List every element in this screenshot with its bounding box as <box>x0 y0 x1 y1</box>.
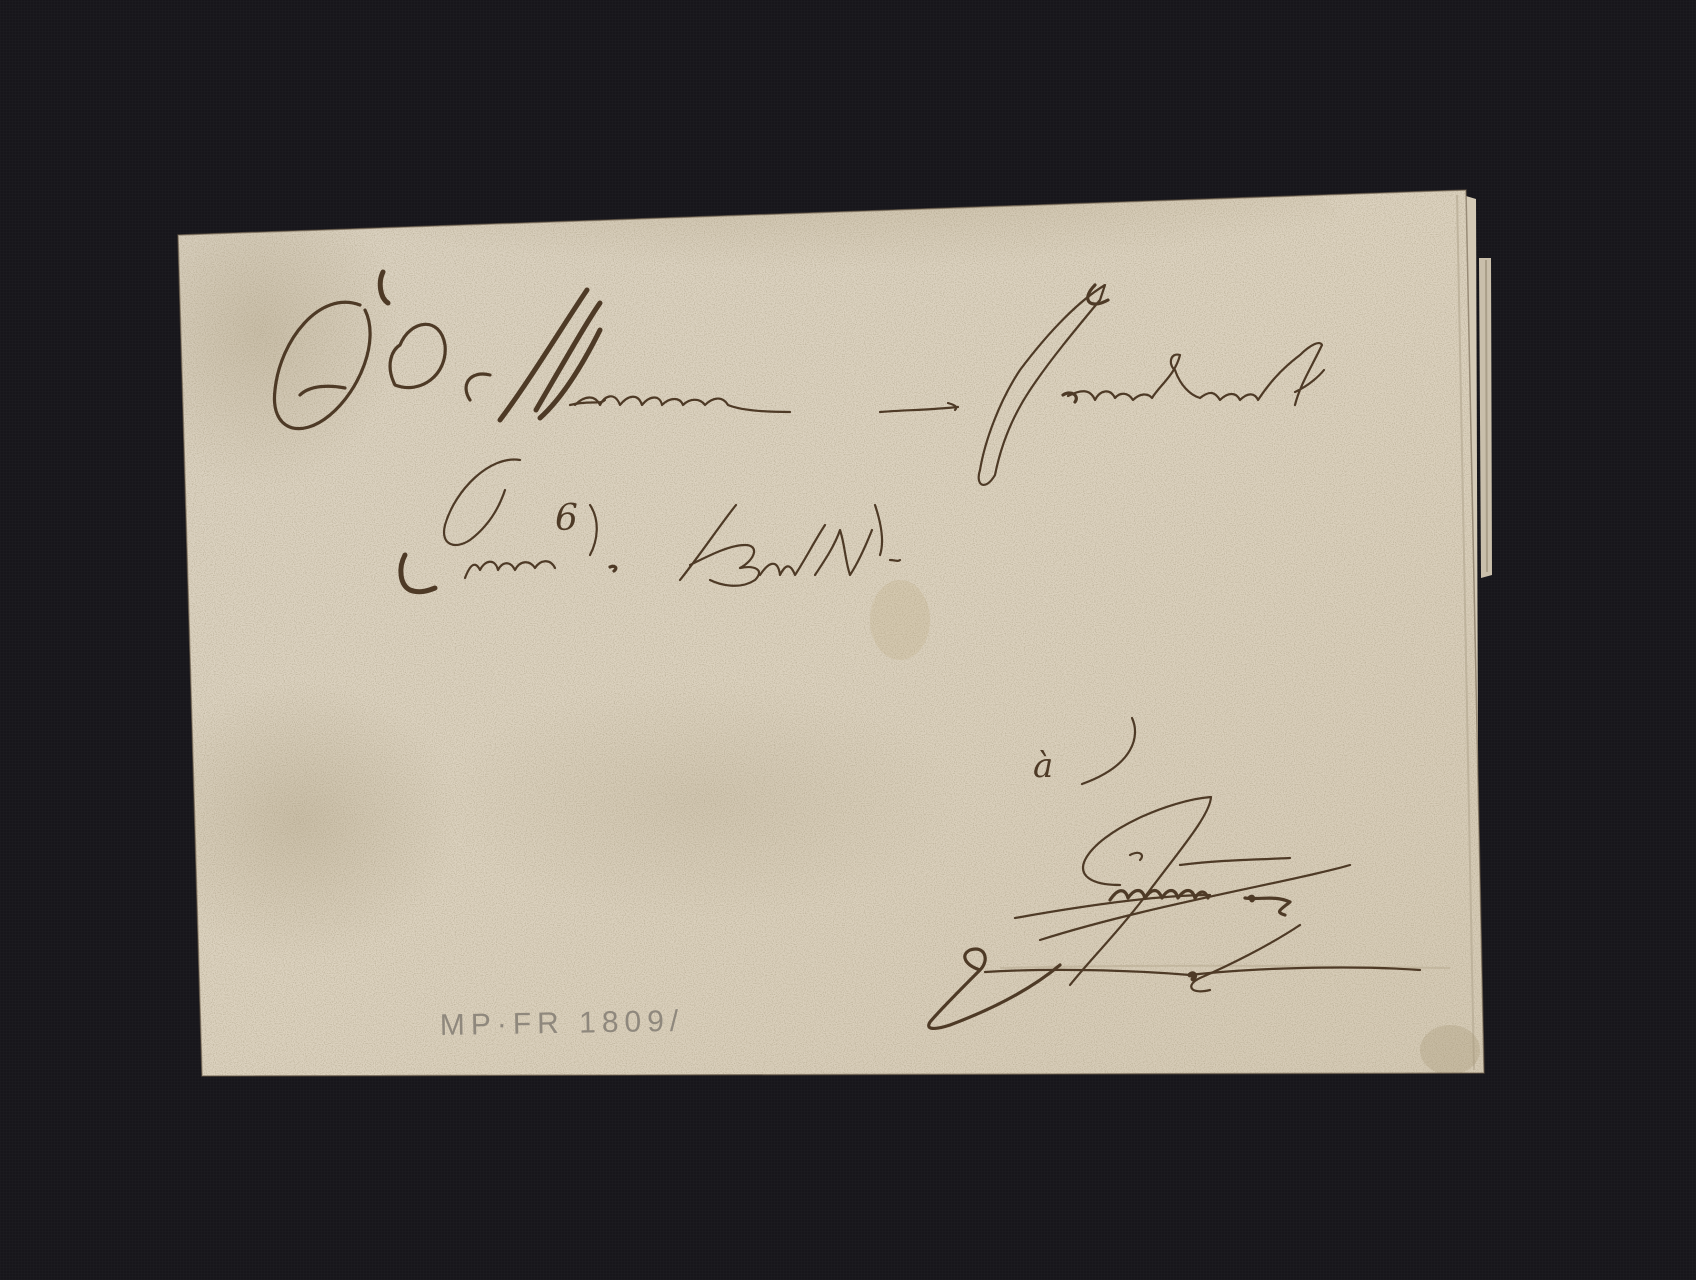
photo-stage: Monsieur Friederich 6 à <box>0 0 1696 1280</box>
letter-photo: Monsieur Friederich 6 à <box>0 0 1696 1280</box>
preposition-a: à <box>1033 746 1053 786</box>
pencil-note-text: MP·FR 1809/ <box>440 1005 685 1042</box>
rate-mark-6: 6 <box>555 498 578 539</box>
letter-paper <box>120 115 1484 1076</box>
pencil-note: MP·FR 1809/ <box>440 1005 685 1042</box>
